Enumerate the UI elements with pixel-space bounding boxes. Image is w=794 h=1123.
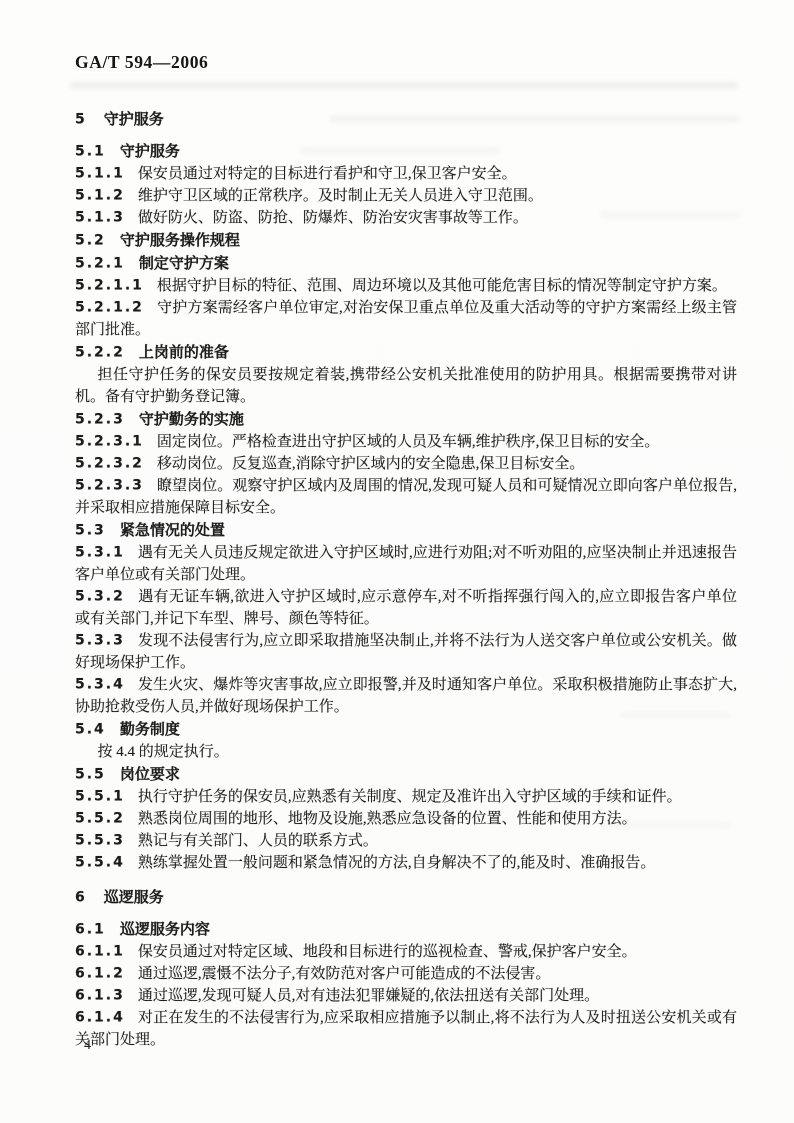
clause-number: 5.2.3.3 xyxy=(75,475,144,497)
clause-text: 巡逻服务 xyxy=(104,888,164,906)
heading-5-3: 5.3紧急情况的处置 xyxy=(75,519,737,542)
clause-text: 保安员通过对特定的目标进行看护和守卫,保卫客户安全。 xyxy=(138,166,517,182)
clause-text: 制定守护方案 xyxy=(139,254,229,272)
clause-number: 5.2.3 xyxy=(75,409,125,431)
heading-5-2-1: 5.2.1制定守护方案 xyxy=(75,252,737,275)
clause-5-2-3-2: 5.2.3.2移动岗位。反复巡查,消除守护区域内的安全隐患,保卫目标安全。 xyxy=(75,453,737,475)
clause-number: 5.2.3.1 xyxy=(75,431,144,453)
clause-number: 5.5.3 xyxy=(75,830,125,852)
clause-text: 守护服务 xyxy=(104,110,164,128)
clause-number: 5.5.1 xyxy=(75,786,125,808)
clause-number: 5.2.1.2 xyxy=(75,297,144,319)
clause-text: 瞭望岗位。观察守护区域内及周围的情况,发现可疑人员和可疑情况立即向客户单位报告,… xyxy=(75,478,737,516)
clause-5-1-2: 5.1.2维护守卫区域的正常秩序。及时制止无关人员进入守卫范围。 xyxy=(75,185,737,207)
clause-text: 固定岗位。严格检查进出守护区域的人员及车辆,维护秩序,保卫目标的安全。 xyxy=(157,434,660,450)
scan-artifact xyxy=(70,82,738,89)
clause-number: 5.3 xyxy=(75,520,106,542)
clause-5-2-3-1: 5.2.3.1固定岗位。严格检查进出守护区域的人员及车辆,维护秩序,保卫目标的安… xyxy=(75,431,737,453)
clause-text: 执行守护任务的保安员,应熟悉有关制度、规定及准许出入守护区域的手续和证件。 xyxy=(138,789,682,805)
clause-number: 5.1.1 xyxy=(75,163,125,185)
clause-text: 守护服务操作规程 xyxy=(120,231,240,249)
clause-6-1-2: 6.1.2通过巡逻,震慑不法分子,有效防范对客户可能造成的不法侵害。 xyxy=(75,963,737,985)
clause-5-5-4: 5.5.4熟练掌握处置一般问题和紧急情况的方法,自身解决不了的,能及时、准确报告… xyxy=(75,852,737,874)
indented-paragraph: 按 4.4 的规定执行。 xyxy=(75,741,737,763)
clause-text: 勤务制度 xyxy=(120,720,180,738)
standard-number-header: GA/T 594—2006 xyxy=(75,52,208,73)
heading-5-2: 5.2守护服务操作规程 xyxy=(75,229,737,252)
clause-number: 5.1.3 xyxy=(75,207,125,229)
heading-5-2-2: 5.2.2上岗前的准备 xyxy=(75,341,737,364)
clause-number: 5.2.1 xyxy=(75,253,125,275)
clause-text: 守护服务 xyxy=(120,142,180,160)
heading-5-4: 5.4勤务制度 xyxy=(75,718,737,741)
clause-number: 5.3.3 xyxy=(75,630,125,652)
clause-text: 发现不法侵害行为,应立即采取措施坚决制止,并将不法行为人送交客户单位或公安机关。… xyxy=(75,633,737,671)
clause-text: 遇有无关人员违反规定欲进入守护区域时,应进行劝阻;对不听劝阻的,应坚决制止并迅速… xyxy=(75,545,737,583)
clause-text: 发生火灾、爆炸等灾害事故,应立即报警,并及时通知客户单位。采取积极措施防止事态扩… xyxy=(75,677,737,715)
clause-5-3-1: 5.3.1遇有无关人员违反规定欲进入守护区域时,应进行劝阻;对不听劝阻的,应坚决… xyxy=(75,542,737,586)
clause-number: 6.1 xyxy=(75,919,106,941)
clause-text: 守护勤务的实施 xyxy=(139,410,244,428)
clause-text: 熟记与有关部门、人员的联系方式。 xyxy=(138,833,378,849)
clause-6-1-1: 6.1.1保安员通过对特定区域、地段和目标进行的巡视检查、警戒,保护客户安全。 xyxy=(75,941,737,963)
clause-number: 5.1 xyxy=(75,141,106,163)
clause-5-1-1: 5.1.1保安员通过对特定的目标进行看护和守卫,保卫客户安全。 xyxy=(75,163,737,185)
clause-text: 对正在发生的不法侵害行为,应采取相应措施予以制止,将不法行为人及时扭送公安机关或… xyxy=(75,1010,737,1048)
clause-6-1-4: 6.1.4对正在发生的不法侵害行为,应采取相应措施予以制止,将不法行为人及时扭送… xyxy=(75,1007,737,1051)
document-body: 5守护服务5.1守护服务5.1.1保安员通过对特定的目标进行看护和守卫,保卫客户… xyxy=(75,96,737,1051)
clause-6-1-3: 6.1.3通过巡逻,发现可疑人员,对有违法犯罪嫌疑的,依法扭送有关部门处理。 xyxy=(75,985,737,1007)
clause-5-3-4: 5.3.4发生火灾、爆炸等灾害事故,应立即报警,并及时通知客户单位。采取积极措施… xyxy=(75,674,737,718)
clause-text: 上岗前的准备 xyxy=(139,343,229,361)
heading-5-5: 5.5岗位要求 xyxy=(75,763,737,786)
clause-5-3-3: 5.3.3发现不法侵害行为,应立即采取措施坚决制止,并将不法行为人送交客户单位或… xyxy=(75,630,737,674)
clause-number: 5.5.4 xyxy=(75,852,125,874)
clause-number: 5.5.2 xyxy=(75,808,125,830)
clause-5-5-2: 5.5.2熟悉岗位周围的地形、地物及设施,熟悉应急设备的位置、性能和使用方法。 xyxy=(75,808,737,830)
clause-text: 维护守卫区域的正常秩序。及时制止无关人员进入守卫范围。 xyxy=(138,188,543,204)
clause-text: 按 4.4 的规定执行。 xyxy=(98,744,229,760)
clause-number: 5.3.4 xyxy=(75,674,125,696)
clause-number: 5.5 xyxy=(75,764,106,786)
clause-number: 5.3.2 xyxy=(75,586,125,608)
clause-number: 5 xyxy=(75,109,87,131)
clause-number: 6.1.2 xyxy=(75,963,125,985)
clause-number: 5.2.2 xyxy=(75,342,125,364)
clause-number: 5.2 xyxy=(75,230,106,252)
clause-number: 6 xyxy=(75,887,87,909)
clause-number: 5.4 xyxy=(75,719,106,741)
clause-text: 遇有无证车辆,欲进入守护区域时,应示意停车,对不听指挥强行闯入的,应立即报告客户… xyxy=(75,589,737,627)
chapter-5: 5守护服务 xyxy=(75,108,737,131)
clause-5-2-3-3: 5.2.3.3瞭望岗位。观察守护区域内及周围的情况,发现可疑人员和可疑情况立即向… xyxy=(75,475,737,519)
clause-text: 保安员通过对特定区域、地段和目标进行的巡视检查、警戒,保护客户安全。 xyxy=(138,944,637,960)
heading-5-1: 5.1守护服务 xyxy=(75,140,737,163)
heading-6-1: 6.1巡逻服务内容 xyxy=(75,918,737,941)
clause-text: 做好防火、防盗、防抢、防爆炸、防治安灾害事故等工作。 xyxy=(138,210,528,226)
clause-number: 6.1.4 xyxy=(75,1007,125,1029)
clause-text: 紧急情况的处置 xyxy=(120,521,225,539)
page-number: 4 xyxy=(84,1038,91,1054)
clause-number: 5.3.1 xyxy=(75,542,125,564)
clause-5-5-1: 5.5.1执行守护任务的保安员,应熟悉有关制度、规定及准许出入守护区域的手续和证… xyxy=(75,786,737,808)
clause-text: 守护方案需经客户单位审定,对治安保卫重点单位及重大活动等的守护方案需经上级主管部… xyxy=(75,300,737,338)
scanned-document-page: GA/T 594—2006 5守护服务5.1守护服务5.1.1保安员通过对特定的… xyxy=(0,0,794,1123)
clause-number: 6.1.1 xyxy=(75,941,125,963)
clause-text: 熟悉岗位周围的地形、地物及设施,熟悉应急设备的位置、性能和使用方法。 xyxy=(138,811,637,827)
clause-5-1-3: 5.1.3做好防火、防盗、防抢、防爆炸、防治安灾害事故等工作。 xyxy=(75,207,737,229)
clause-text: 通过巡逻,震慑不法分子,有效防范对客户可能造成的不法侵害。 xyxy=(138,966,551,982)
clause-5-2-1-2: 5.2.1.2守护方案需经客户单位审定,对治安保卫重点单位及重大活动等的守护方案… xyxy=(75,297,737,341)
clause-number: 5.2.1.1 xyxy=(75,275,144,297)
clause-5-2-1-1: 5.2.1.1根据守护目标的特征、范围、周边环境以及其他可能危害目标的情况等制定… xyxy=(75,275,737,297)
clause-text: 根据守护目标的特征、范围、周边环境以及其他可能危害目标的情况等制定守护方案。 xyxy=(157,278,727,294)
heading-5-2-3: 5.2.3守护勤务的实施 xyxy=(75,408,737,431)
clause-text: 熟练掌握处置一般问题和紧急情况的方法,自身解决不了的,能及时、准确报告。 xyxy=(138,855,656,871)
indented-paragraph: 担任守护任务的保安员要按规定着装,携带经公安机关批准使用的防护用具。根据需要携带… xyxy=(75,364,737,408)
clause-number: 5.1.2 xyxy=(75,185,125,207)
chapter-6: 6巡逻服务 xyxy=(75,886,737,909)
clause-text: 担任守护任务的保安员要按规定着装,携带经公安机关批准使用的防护用具。根据需要携带… xyxy=(75,367,737,405)
clause-5-5-3: 5.5.3熟记与有关部门、人员的联系方式。 xyxy=(75,830,737,852)
clause-5-3-2: 5.3.2遇有无证车辆,欲进入守护区域时,应示意停车,对不听指挥强行闯入的,应立… xyxy=(75,586,737,630)
clause-number: 6.1.3 xyxy=(75,985,125,1007)
clause-number: 5.2.3.2 xyxy=(75,453,144,475)
clause-text: 巡逻服务内容 xyxy=(120,920,210,938)
clause-text: 通过巡逻,发现可疑人员,对有违法犯罪嫌疑的,依法扭送有关部门处理。 xyxy=(138,988,599,1004)
clause-text: 岗位要求 xyxy=(120,765,180,783)
clause-text: 移动岗位。反复巡查,消除守护区域内的安全隐患,保卫目标安全。 xyxy=(157,456,585,472)
